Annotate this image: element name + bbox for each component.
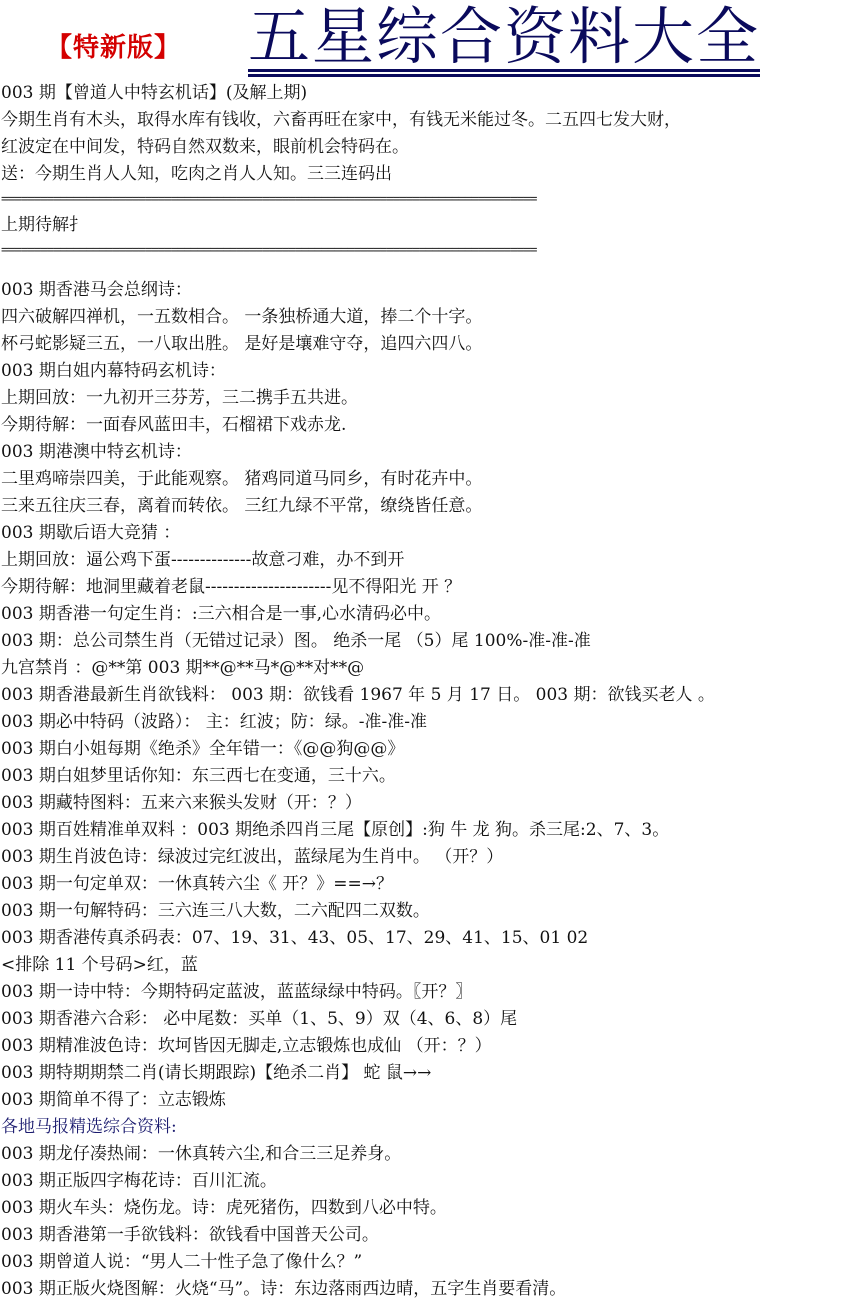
text-line: 003 期香港六合彩： 必中尾数：买单（1、5、9）双（4、6、8）尾	[0, 1006, 854, 1033]
text-line: 003 期一句定单双：一休真转六尘《 开？》==→？	[0, 871, 854, 898]
text-line: 003 期白姐内幕特码玄机诗：	[0, 358, 854, 385]
text-line: 上期回放：逼公鸡下蛋--------------故意刁难，办不到开	[0, 547, 854, 574]
text-line: 送：今期生肖人人知，吃肉之肖人人知。三三连码出	[0, 161, 854, 188]
text-line: 003 期白姐梦里话你知：东三西七在变通，三十六。	[0, 763, 854, 790]
text-line: 003 期简单不得了：立志锻炼	[0, 1087, 854, 1114]
text-line: 003 期港澳中特玄机诗：	[0, 439, 854, 466]
text-line: 003 期曾道人说：“男人二十性子急了像什么？”	[0, 1249, 854, 1276]
title-underline	[248, 69, 760, 72]
text-line: 003 期特期期禁二肖(请长期跟踪)【绝杀二肖】 蛇 鼠→→	[0, 1060, 854, 1087]
spacer	[0, 263, 854, 277]
text-line: 杯弓蛇影疑三五，一八取出胜。 是好是壤难守夺，追四六四八。	[0, 331, 854, 358]
text-line: 003 期：总公司禁生肖（无错过记录）图。 绝杀一尾 （5）尾 100%-准-准…	[0, 628, 854, 655]
text-line: 003 期龙仔凑热闹：一休真转六尘,和合三三足养身。	[0, 1141, 854, 1168]
text-line: 上期回放：一九初开三芬芳，三二携手五共进。	[0, 385, 854, 412]
text-line: 003 期【曾道人中特玄机话】(及解上期)	[0, 80, 854, 107]
text-line: 003 期一诗中特：今期特码定蓝波，蓝蓝绿绿中特码。〖开？〗	[0, 979, 854, 1006]
text-line: 今期待解：地洞里藏着老鼠----------------------见不得阳光 …	[0, 574, 854, 601]
text-line: 红波定在中间发，特码自然双数来，眼前机会特码在。	[0, 134, 854, 161]
document-body: 003 期【曾道人中特玄机话】(及解上期)今期生肖有木头，取得水库有钱收，六畜再…	[0, 80, 854, 1299]
text-line: 003 期藏特图料：五来六来猴头发财（开：？）	[0, 790, 854, 817]
text-line: 003 期香港一句定生肖：:三六相合是一事,心水清码必中。	[0, 601, 854, 628]
text-line: 003 期一句解特码：三六连三八大数，二六配四二双数。	[0, 898, 854, 925]
text-line: 003 期香港马会总纲诗：	[0, 277, 854, 304]
text-line: 二里鸡啼崇四美，于此能观察。 猪鸡同道马同乡，有时花卉中。	[0, 466, 854, 493]
text-line: 九宫禁肖 ：@**第 003 期**@**马*@**对**@	[0, 655, 854, 682]
text-line: 003 期百姓精准单双料 ：003 期绝杀四肖三尾【原创】:狗 牛 龙 狗。杀三…	[0, 817, 854, 844]
text-line: <排除 11 个号码>红，蓝	[0, 952, 854, 979]
edition-badge: 【特新版】	[46, 28, 181, 68]
text-line: 003 期精准波色诗：坎坷皆因无脚走,立志锻炼也成仙 （开：？）	[0, 1033, 854, 1060]
text-line: 003 期香港第一手欲钱料：欲钱看中国普天公司。	[0, 1222, 854, 1249]
page-header: 【特新版】 五星综合资料大全	[0, 0, 854, 84]
text-line: 003 期生肖波色诗：绿波过完红波出，蓝绿尾为生肖中。 （开？）	[0, 844, 854, 871]
text-line: 今期待解：一面春风蓝田丰，石榴裙下戏赤龙.	[0, 412, 854, 439]
text-line: 003 期歇后语大竞猜 ：	[0, 520, 854, 547]
section-heading: 各地马报精选综合资料:	[0, 1114, 854, 1141]
separator-line: ========================================…	[0, 188, 854, 212]
text-line: 今期生肖有木头，取得水库有钱收，六畜再旺在家中，有钱无米能过冬。二五四七发大财，	[0, 107, 854, 134]
text-line: 上期待解扌	[0, 212, 854, 239]
page-title: 五星综合资料大全	[248, 2, 760, 72]
text-line: 四六破解四禅机，一五数相合。 一条独桥通大道，捧二个十字。	[0, 304, 854, 331]
text-line: 003 期正版四字梅花诗：百川汇流。	[0, 1168, 854, 1195]
text-line: 003 期火车头：烧伤龙。诗：虎死猪伤，四数到八必中特。	[0, 1195, 854, 1222]
text-line: 003 期必中特码（波路）： 主：红波；防：绿。-准-准-准	[0, 709, 854, 736]
text-line: 003 期正版火烧图解：火烧“马”。诗：东边落雨西边晴，五字生肖要看清。	[0, 1276, 854, 1299]
text-line: 003 期香港最新生肖欲钱料： 003 期：欲钱看 1967 年 5 月 17 …	[0, 682, 854, 709]
separator-line: ========================================…	[0, 239, 854, 263]
title-underline-2	[248, 74, 760, 77]
text-line: 003 期香港传真杀码表：07、19、31、43、05、17、29、41、15、…	[0, 925, 854, 952]
text-line: 003 期白小姐每期《绝杀》全年错一：《@@狗@@》	[0, 736, 854, 763]
text-line: 三来五往庆三春，离着而转依。 三红九绿不平常，缭绕皆任意。	[0, 493, 854, 520]
